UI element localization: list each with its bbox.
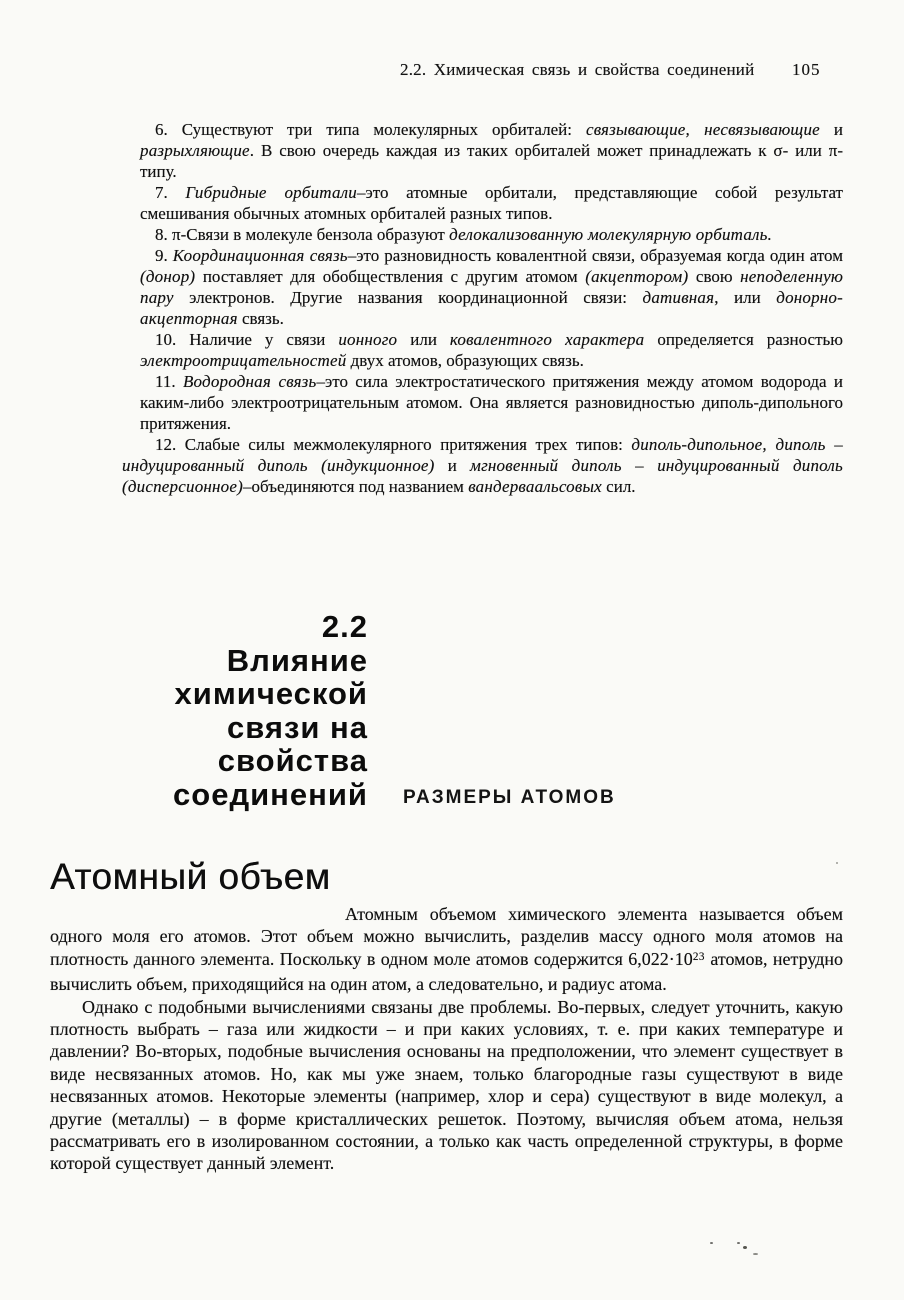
scanned-book-page: { "theme": { "paper_color": "#fafaf7", "… [0, 0, 904, 1300]
scan-speck [743, 1246, 747, 1249]
section-title-line: Влияние [100, 644, 368, 678]
chapter-title: 2.2. Химическая связь и свойства соедине… [400, 60, 754, 80]
scan-speck [737, 1242, 740, 1244]
summary-item-10: 10. Наличие у связи ионного или ковалент… [122, 329, 843, 371]
paragraph: Однако с подобными вычислениями связаны … [50, 996, 843, 1175]
summary-item-8: 8. π-Связи в молекуле бензола образуют д… [122, 224, 843, 245]
scan-speck [753, 1253, 758, 1255]
article-body: Атомным объемом химического элемента наз… [50, 903, 843, 1175]
paragraph: Атомным объемом химического элемента наз… [50, 903, 843, 996]
running-header: 2.2. Химическая связь и свойства соедине… [0, 60, 904, 84]
section-title-line: соединений [100, 778, 368, 812]
section-heading: 2.2 Влияние химической связи на свойства… [100, 610, 368, 811]
section-title-line: химической [100, 677, 368, 711]
summary-item-7: 7. Гибридные орбитали–это атомные орбита… [122, 182, 843, 224]
subsection-heading: РАЗМЕРЫ АТОМОВ [403, 787, 616, 809]
section-number: 2.2 [100, 610, 368, 644]
summary-item-12: 12. Слабые силы межмолекулярного притяже… [122, 434, 843, 497]
summary-item-11: 11. Водородная связь–это сила электроста… [122, 371, 843, 434]
section-title-line: связи на [100, 711, 368, 745]
chapter-summary-list: 6. Существуют три типа молекулярных орби… [122, 119, 843, 497]
summary-item-6: 6. Существуют три типа молекулярных орби… [122, 119, 843, 182]
summary-item-9: 9. Координационная связь–это разновиднос… [122, 245, 843, 329]
scan-speck [836, 862, 838, 864]
section-title-line: свойства [100, 744, 368, 778]
scan-speck [710, 1242, 713, 1244]
page-number: 105 [792, 60, 821, 80]
article-title: Атомный объем [50, 856, 331, 898]
